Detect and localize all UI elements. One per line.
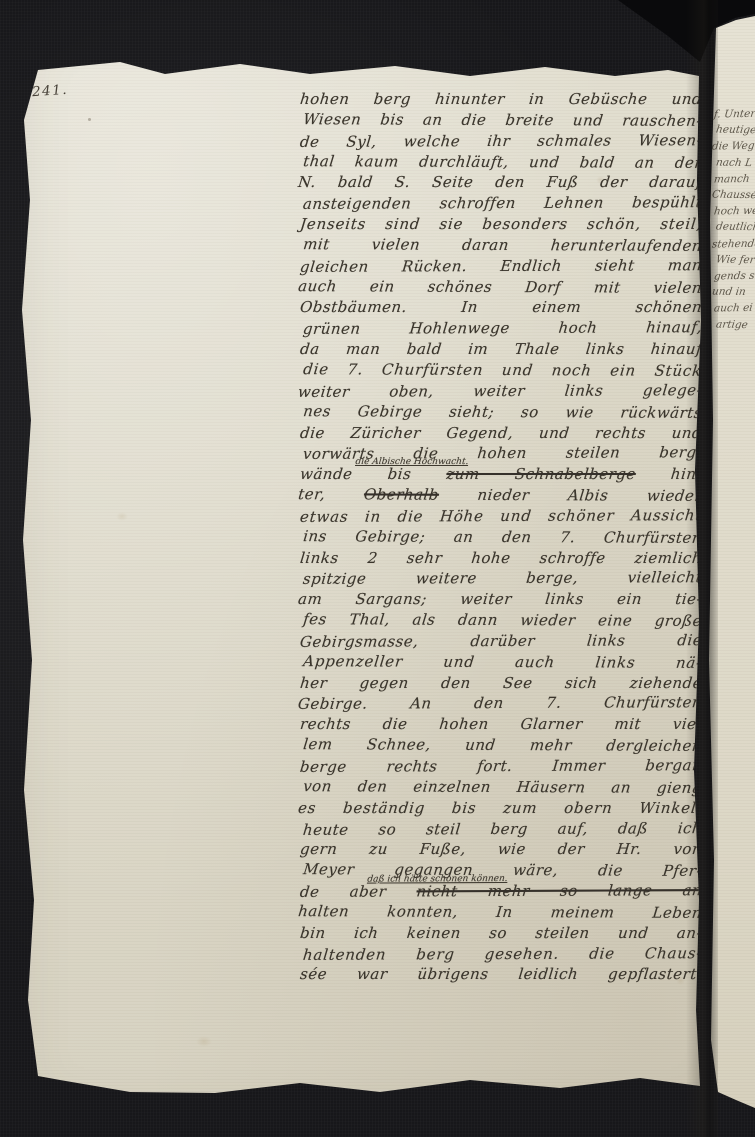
manuscript-line: Gebirgsmasse, darüber links die <box>299 631 703 654</box>
margin-line: artige <box>715 316 755 333</box>
margin-line: nach L <box>715 154 755 171</box>
foxing-stain <box>196 1036 212 1047</box>
margin-line: hoch weg <box>713 203 755 220</box>
manuscript-line: sée war übrigens leidlich gepflastert. <box>299 965 703 986</box>
margin-line: f. Unterw <box>713 105 755 122</box>
adjacent-page-text: f. Unterwheutigedie Wegnach LmanchChauss… <box>714 106 755 333</box>
margin-line: manch <box>713 170 755 187</box>
manuscript-line: ins Gebirge; an den 7. Churfürsten <box>302 527 703 550</box>
manuscript-text: hohen berg hinunter in Gebüsche undWiese… <box>300 90 702 986</box>
page-number: 241. <box>31 82 68 100</box>
manuscript-line: die 7. Churfürsten und noch ein Stück <box>302 360 703 383</box>
struck-text: Oberhalb <box>363 485 440 503</box>
manuscript-line: Gebirge. An den 7. Churfürsten <box>297 694 703 717</box>
manuscript-line: es beständig bis zum obern Winkel, <box>297 799 703 820</box>
manuscript-line: grünen Hohlenwege hoch hinauf, <box>302 318 703 341</box>
margin-line: heutige <box>715 122 755 139</box>
manuscript-line: Appenzeller und auch links nä- <box>302 652 703 675</box>
manuscript-line: bin ich keinen so steilen und an- <box>299 924 703 945</box>
manuscript-line: Jenseits sind sie besonders schön, steil… <box>299 215 703 236</box>
margin-line: die Weg <box>711 138 755 155</box>
manuscript-line: spitzige weitere berge, vielleicht <box>302 569 703 592</box>
interline-insertion: die Albische Hochwacht. <box>355 458 469 467</box>
margin-line: und in <box>711 284 755 301</box>
manuscript-line: N. bald S. Seite den Fuß der darauf <box>297 173 703 194</box>
manuscript-line: wände bis zum Schnabelberge hin-die Albi… <box>299 465 703 486</box>
manuscript-line: Wiesen bis an die breite und rauschen- <box>302 110 703 133</box>
manuscript-line: gern zu Fuße, wie der Hr. von <box>299 840 703 861</box>
manuscript-line: halten konnten, In meinem Leben <box>297 902 703 925</box>
manuscript-line: her gegen den See sich ziehende <box>299 674 703 695</box>
manuscript-line: thal kaum durchläuft, und bald an der <box>302 152 703 175</box>
manuscript-line: etwas in die Höhe und schöner Aussicht <box>299 506 703 529</box>
manuscript-line: hohen berg hinunter in Gebüsche und <box>299 90 703 111</box>
manuscript-line: von den einzelnen Häusern an gieng <box>302 777 703 800</box>
margin-line: stehende <box>711 235 755 252</box>
manuscript-line: links 2 sehr hohe schroffe ziemlich <box>299 549 703 570</box>
margin-line: auch ei <box>713 300 755 317</box>
manuscript-line: Obstbäumen. In einem schönen <box>299 298 703 319</box>
manuscript-line: haltenden berg gesehen. die Chaus- <box>302 944 703 967</box>
manuscript-line: weiter oben, weiter links gelege- <box>297 381 703 404</box>
manuscript-line: ter, Oberhalb nieder Albis wieder <box>297 485 703 508</box>
interline-insertion: daß ich hätte schonen können. <box>367 875 508 885</box>
manuscript-line: da man bald im Thale links hinauf <box>299 340 703 361</box>
manuscript-line: ansteigenden schroffen Lehnen bespühlt <box>302 193 703 216</box>
ink-speck <box>88 118 91 121</box>
manuscript-line: rechts die hohen Glarner mit vie- <box>299 715 703 736</box>
margin-line: Wie fern <box>715 251 755 268</box>
manuscript-line: de Syl, welche ihr schmales Wiesen- <box>299 131 703 154</box>
manuscript-line: heute so steil berg auf, daß ich <box>302 819 703 842</box>
manuscript-line: berge rechts fort. Immer bergan <box>299 756 703 779</box>
manuscript-line: die Züricher Gegend, und rechts und <box>299 424 703 445</box>
manuscript-line: nes Gebirge sieht; so wie rückwärts <box>302 402 703 425</box>
foxing-stain <box>116 512 128 521</box>
manuscript-line: am Sargans; weiter links ein tie- <box>297 590 703 611</box>
manuscript-page: 241. hohen berg hinunter in Gebüsche und… <box>0 0 755 1137</box>
margin-line: Chaussée <box>711 186 755 203</box>
manuscript-line: lem Schnee, und mehr dergleichen <box>302 735 703 758</box>
margin-line: gends st <box>713 268 755 285</box>
margin-line: deutlich <box>715 219 755 236</box>
manuscript-line: fes Thal, als dann wieder eine große <box>302 610 703 633</box>
manuscript-line: gleichen Rücken. Endlich sieht man <box>299 256 703 279</box>
manuscript-line: mit vielen daran herunterlaufenden <box>302 235 703 258</box>
manuscript-scan: f. Unterwheutigedie Wegnach LmanchChauss… <box>0 0 755 1137</box>
struck-text: zum Schnabelberge <box>446 465 637 483</box>
manuscript-line: auch ein schönes Dorf mit vielen <box>297 277 703 300</box>
manuscript-line: de aber nicht mehr so lange andaß ich hä… <box>299 881 703 904</box>
